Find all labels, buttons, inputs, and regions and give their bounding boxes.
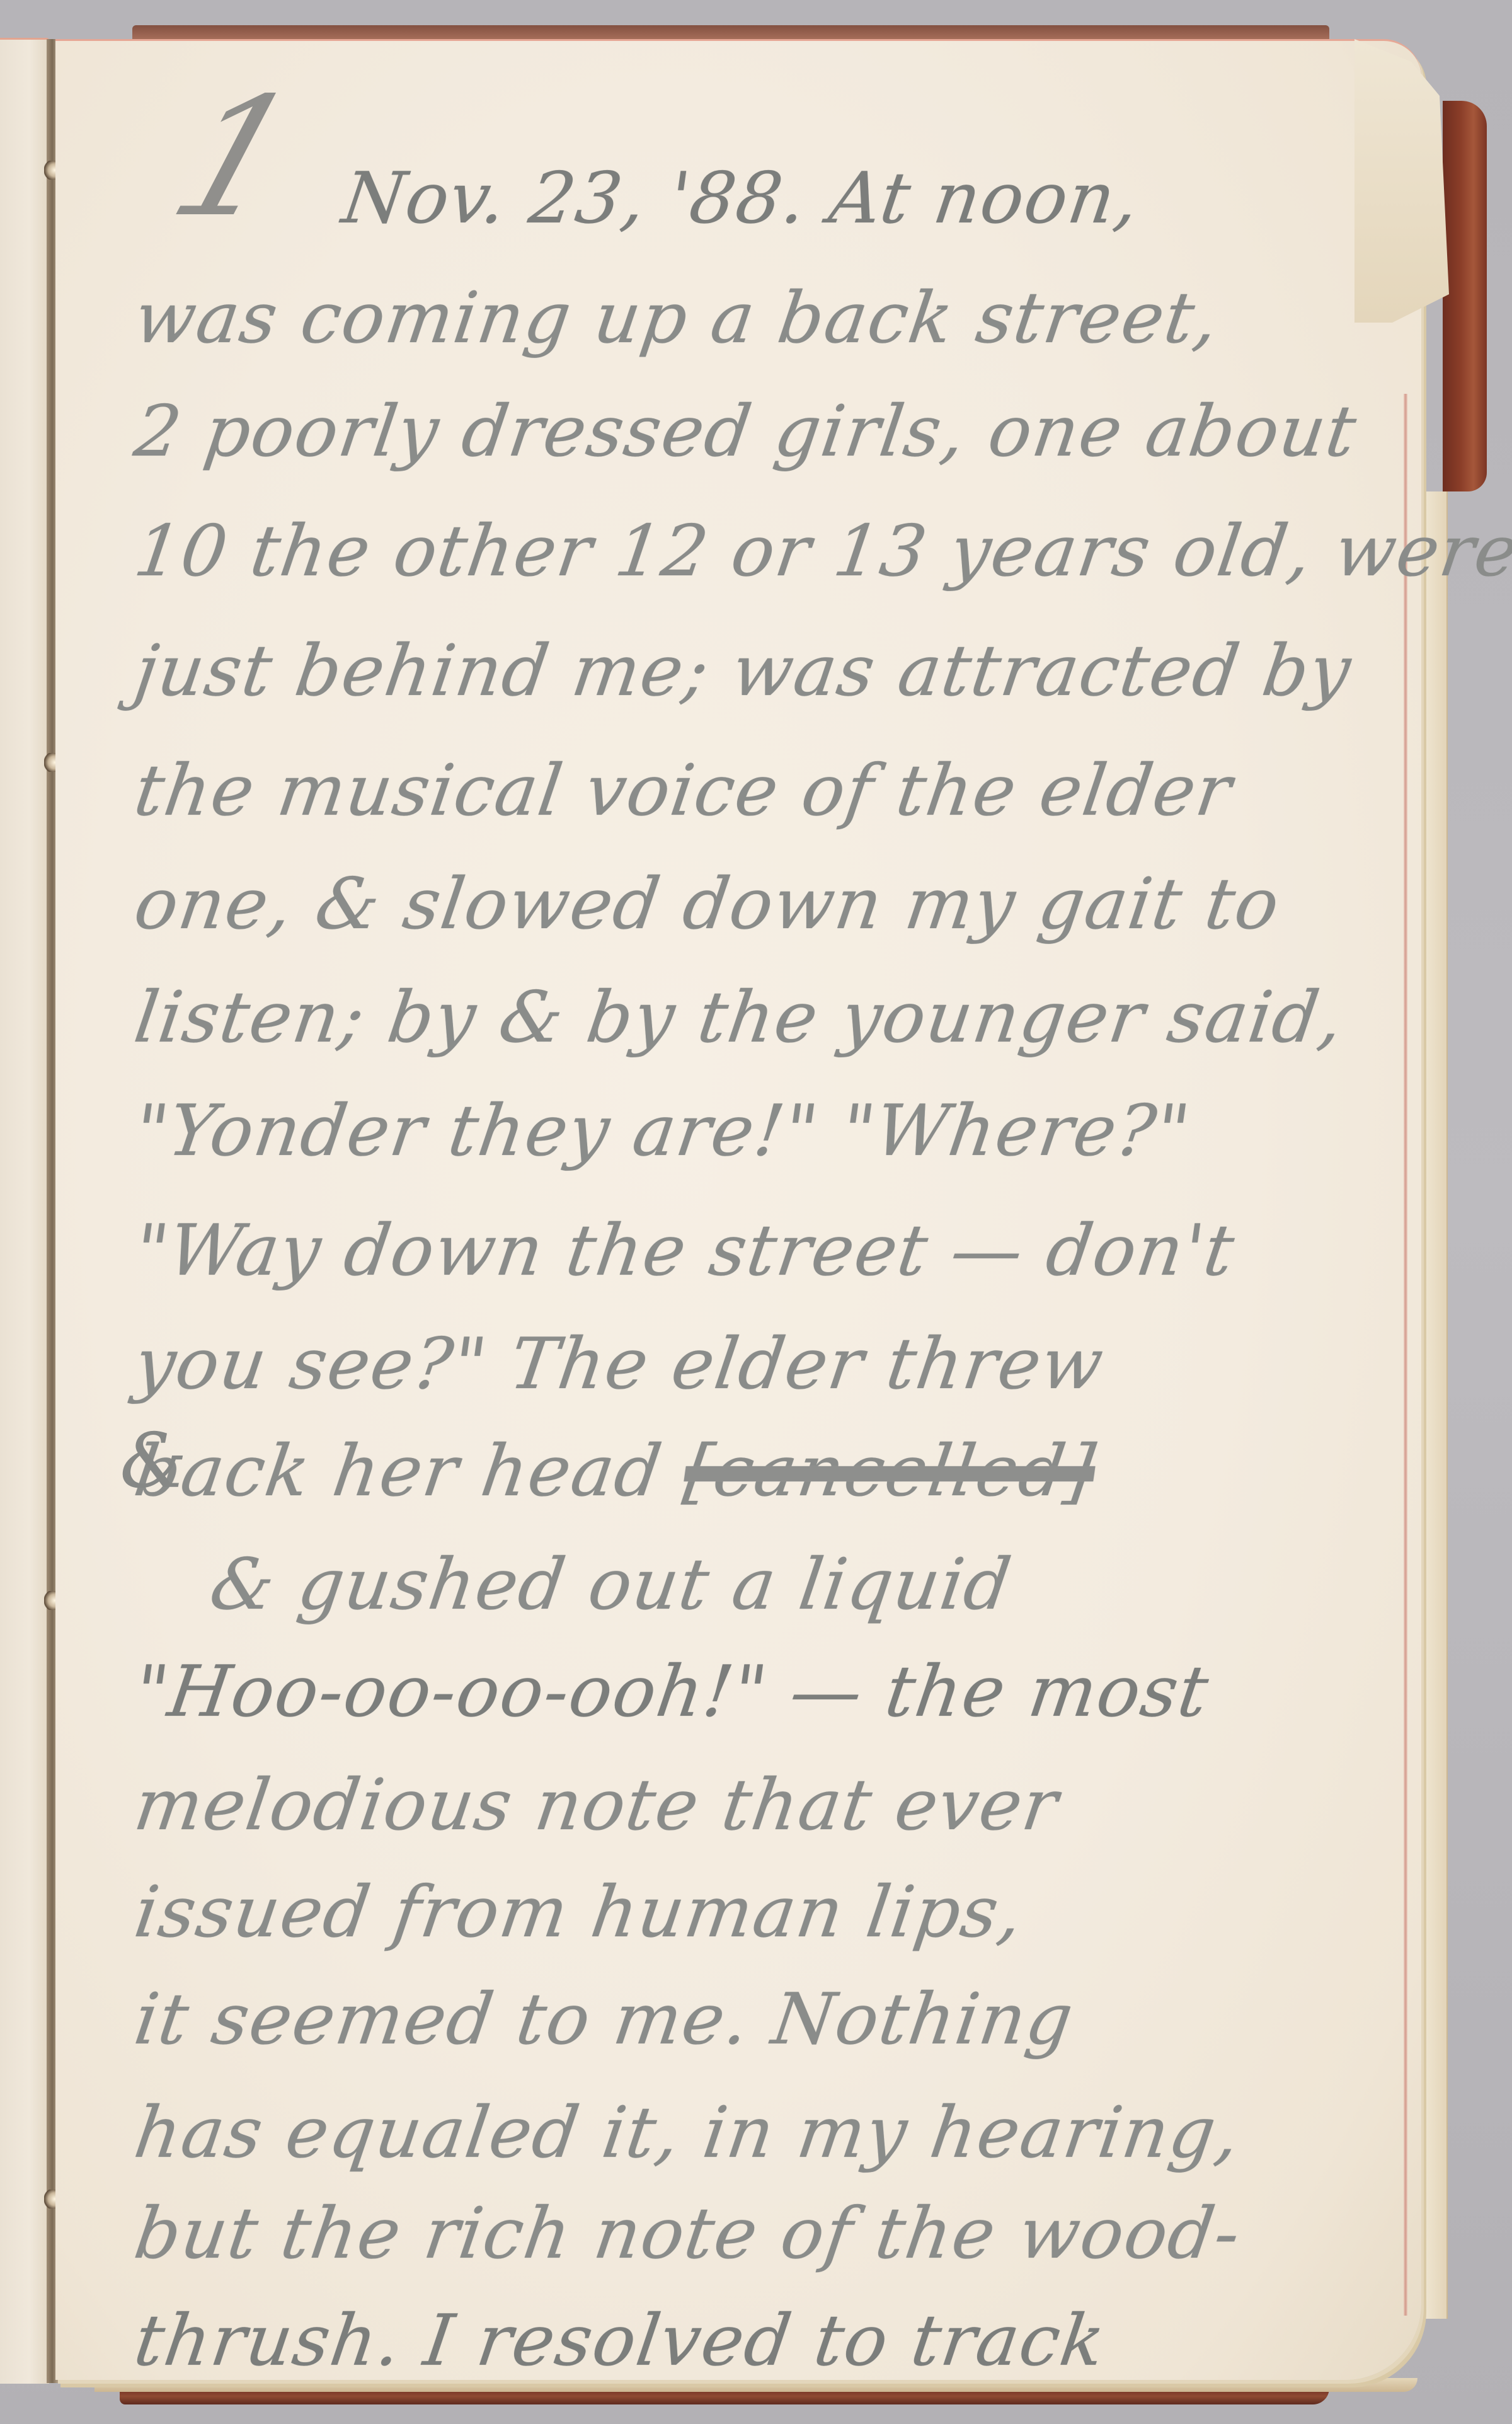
entry-line: thrush. I resolved to track [130,2300,1111,2382]
entry-line: the musical voice of the elder [130,750,1237,832]
entry-line: has equaled it, in my hearing, [130,2092,1246,2174]
entry-line: but the rich note of the wood- [130,2193,1246,2275]
entry-line: listen; by & by the younger said, [130,977,1349,1059]
entry-line: one, & slowed down my gait to [130,863,1285,945]
entry-line: 10 the other 12 or 13 years old, were [130,510,1512,592]
entry-line: issued from human lips, [130,1871,1028,1953]
entry-line: just behind me; was attracted by [130,630,1357,712]
entry-line: you see?" The elder threw [130,1323,1109,1405]
entry-line: & gushed out a liquid [205,1544,1017,1626]
red-edge-rule [1404,394,1407,2316]
cancelled-word: [cancelled] [680,1430,1101,1512]
page-block-fore-edge [1424,491,1448,2319]
entry-line: Nov. 23, '88. At noon, [338,158,1145,239]
entry-line: "Yonder they are!" "Where?" [130,1090,1196,1172]
entry-line: 2 poorly dressed girls, one about [130,391,1362,473]
entry-line: it seemed to me. Nothing [130,1979,1079,2060]
notebook-top-cover [132,25,1329,40]
verso-page-edge [0,38,49,2384]
entry-text: back her head [130,1430,667,1512]
entry-line: back her head [cancelled] [130,1430,1101,1512]
entry-line: melodious note that ever [130,1764,1064,1846]
entry-line: "Hoo-oo-oo-ooh!" — the most [130,1651,1214,1733]
entry-line: "Way down the street — don't [130,1210,1240,1292]
margin-ampersand-cancelled: & [120,1418,187,1505]
entry-line: was coming up a back street, [130,277,1224,359]
leather-spine [1443,101,1487,491]
